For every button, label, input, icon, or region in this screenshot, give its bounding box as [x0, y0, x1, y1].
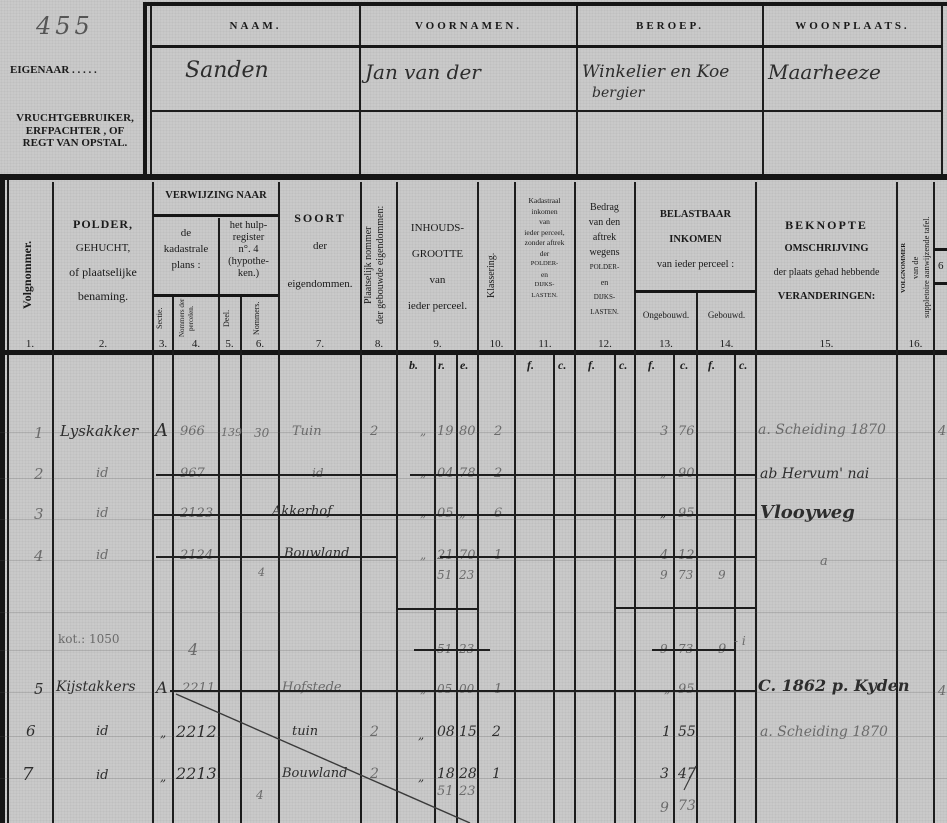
diagonal-strike: [0, 0, 947, 823]
